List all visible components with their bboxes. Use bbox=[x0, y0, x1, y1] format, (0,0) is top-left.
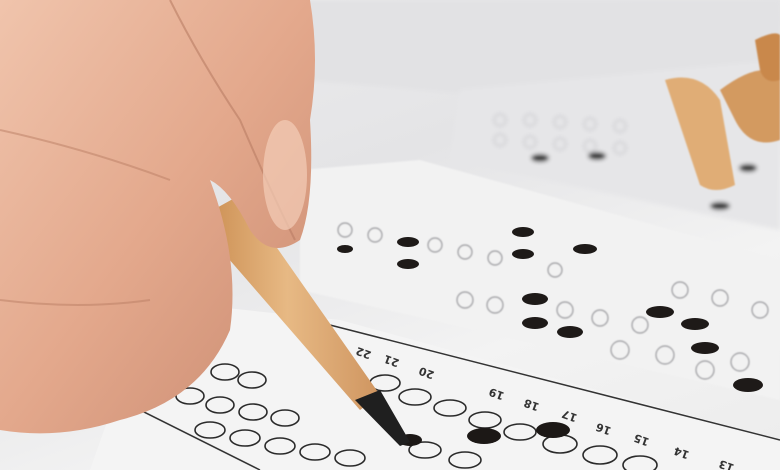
photo-illustration: 22 21 20 19 18 17 16 15 14 13 bbox=[0, 0, 780, 470]
photo-answer-sheet-with-pencil: 22 21 20 19 18 17 16 15 14 13 bbox=[0, 0, 780, 470]
